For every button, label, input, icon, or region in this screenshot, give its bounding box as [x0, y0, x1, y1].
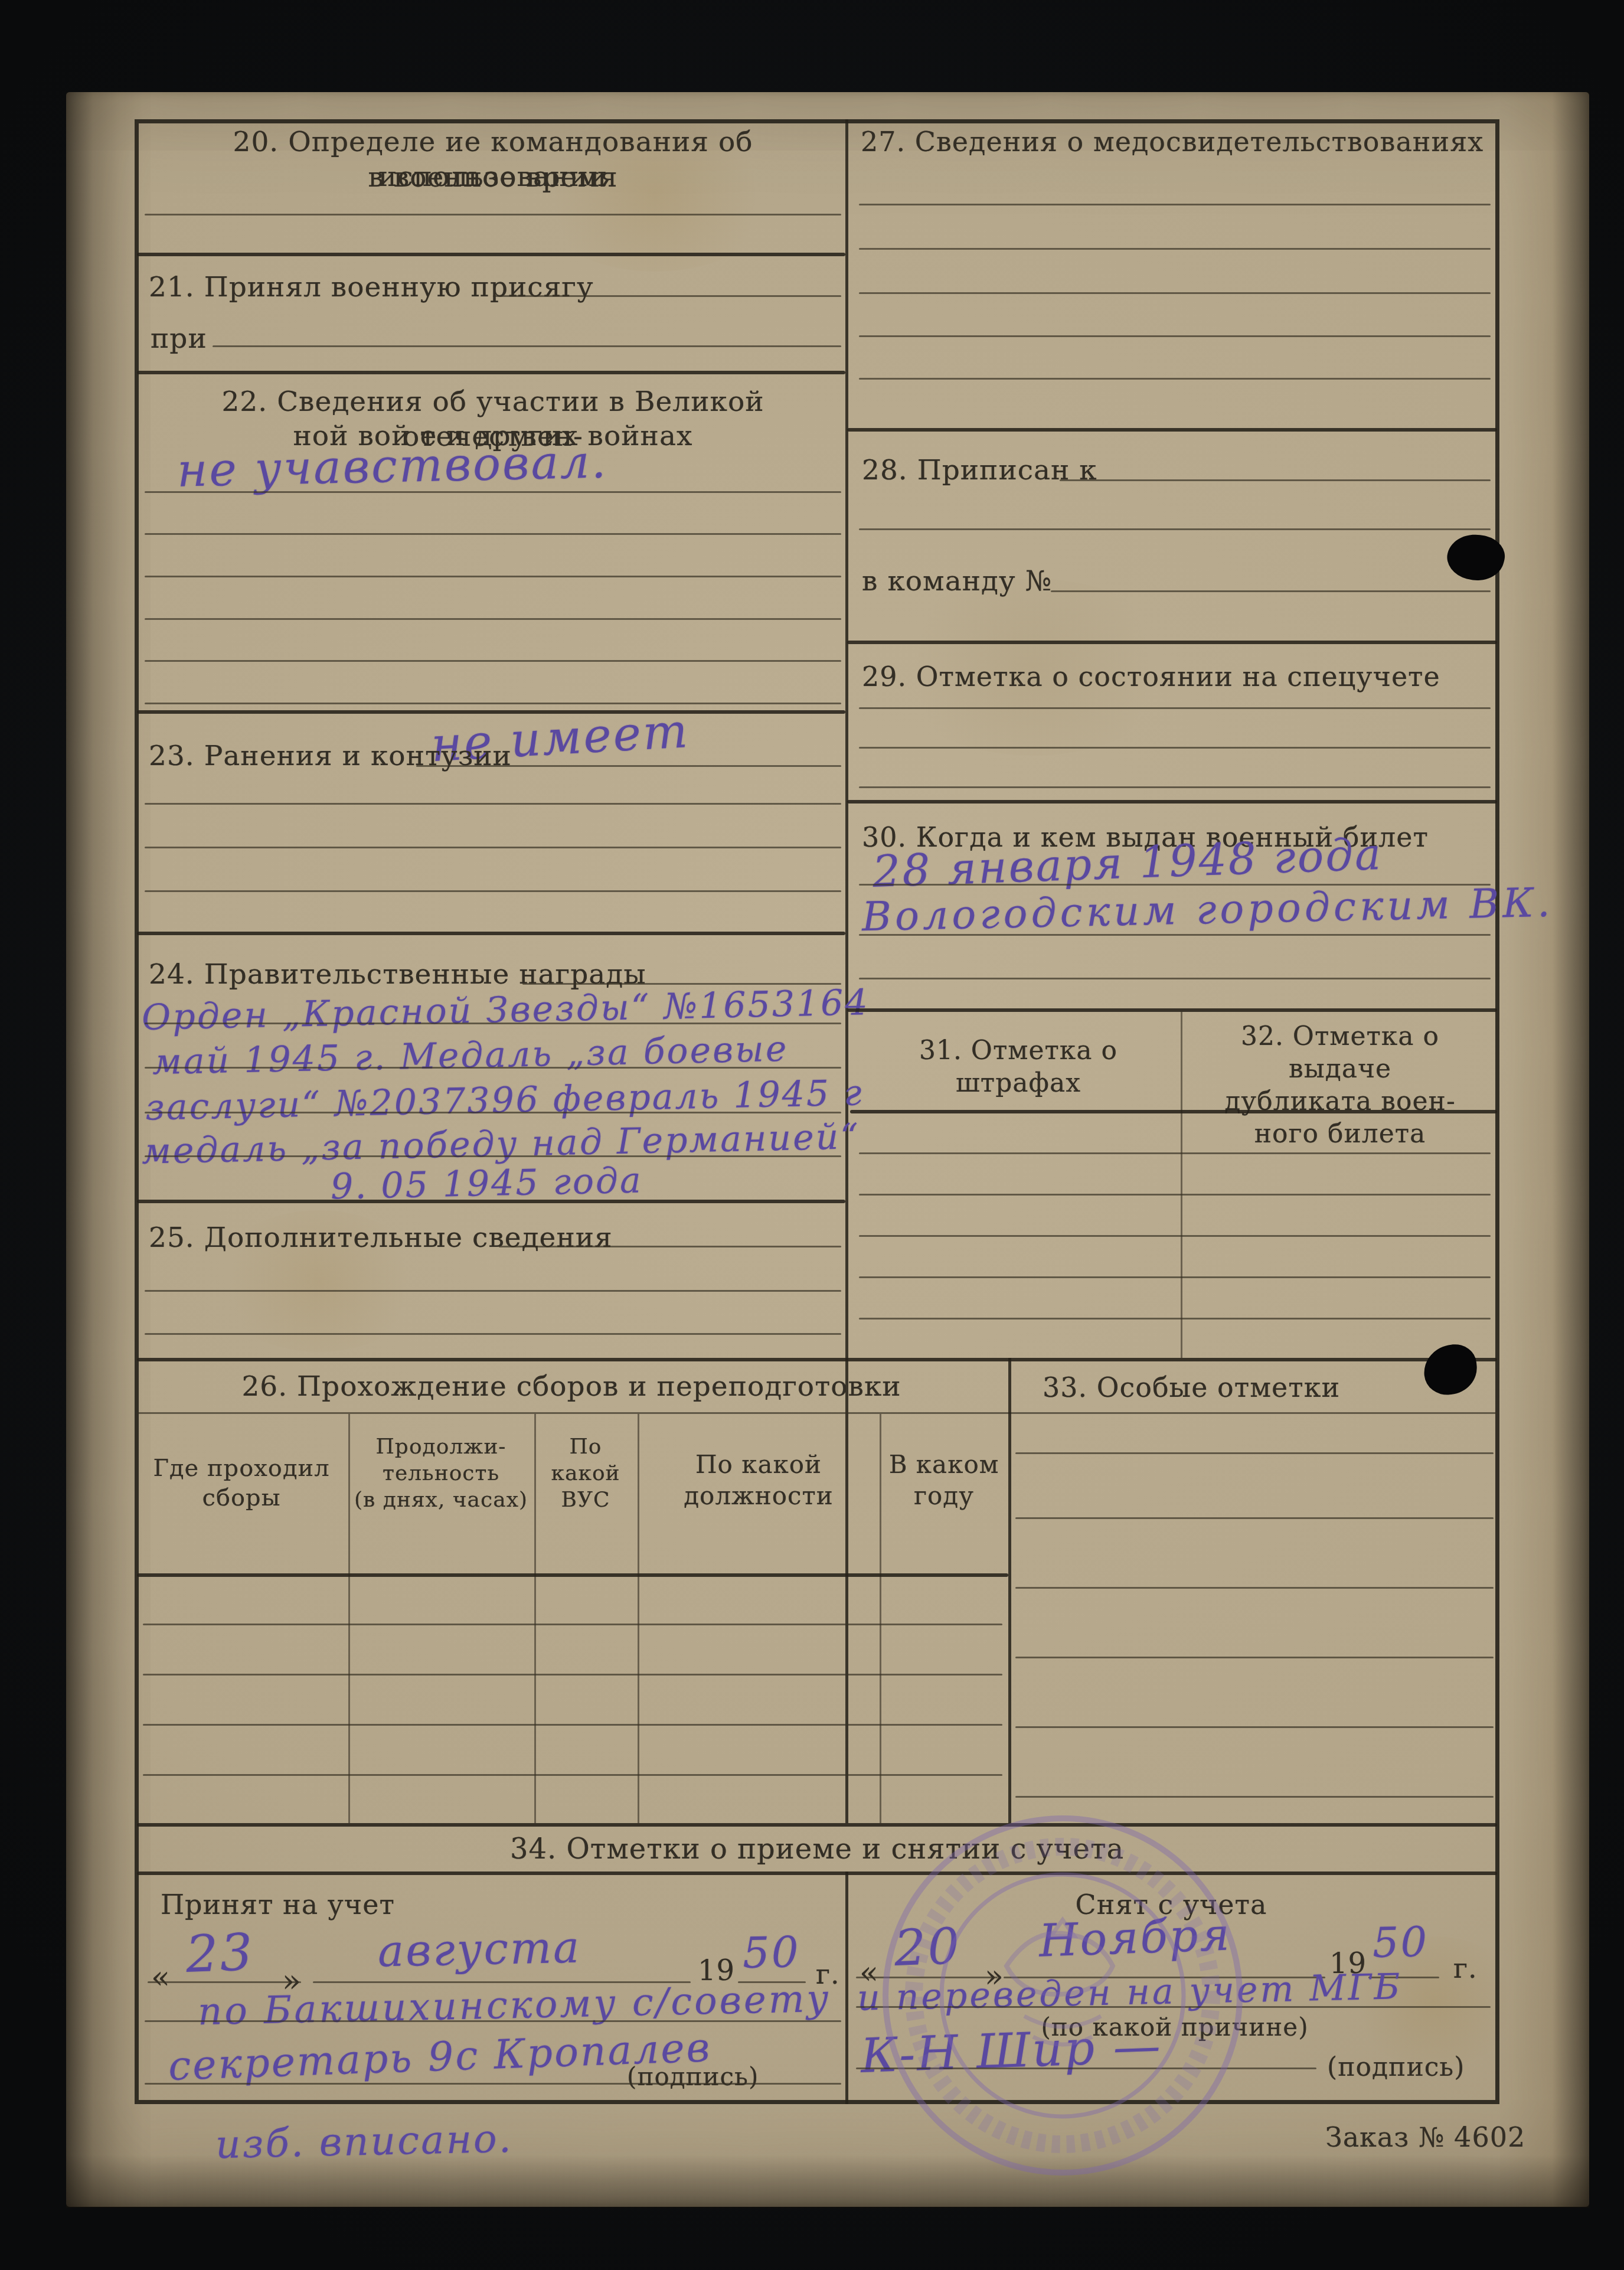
section34-accepted-sign-caption: (подпись)	[627, 2062, 759, 2093]
section-divider	[847, 428, 1497, 432]
ruled-line	[1060, 479, 1491, 481]
table-header-col5: В каком году	[882, 1449, 1006, 1511]
ruled-line	[859, 978, 1491, 979]
print-order-number: Заказ № 4602	[1325, 2121, 1525, 2155]
ruled-line	[145, 890, 841, 892]
ruled-line	[859, 1276, 1491, 1278]
ruled-line	[1015, 1726, 1494, 1728]
footer-note-handwritten: изб. вписано.	[215, 2118, 513, 2167]
section34-removed-month-handwritten: Ноября	[1038, 1909, 1232, 1965]
ruled-line	[145, 576, 841, 577]
ruled-line	[859, 335, 1491, 337]
section34-accepted-label: Принят на учет	[161, 1888, 395, 1922]
section-divider	[137, 253, 845, 256]
ruled-line	[213, 345, 841, 347]
table-header-col2: Продолжи- тельность (в днях, часах)	[352, 1433, 530, 1513]
section24-label: 24. Правительственные награды	[149, 958, 646, 992]
ruled-line	[493, 295, 841, 297]
ruled-line	[145, 1290, 841, 1292]
section27-title: 27. Сведения о медосвидетельствованиях	[861, 125, 1484, 159]
ruled-line	[1015, 1796, 1494, 1798]
section33-title: 33. Особые отметки	[1008, 1371, 1374, 1405]
section28-label2: в команду №	[862, 564, 1052, 599]
section-divider	[137, 710, 845, 714]
table-right-border	[1008, 1358, 1011, 1823]
section25-label: 25. Дополнительные сведения	[149, 1221, 613, 1256]
ruled-line	[145, 1023, 841, 1024]
ruled-line	[1051, 590, 1491, 592]
scanned-photo: 20. Определе ие командования об использо…	[0, 0, 1624, 2270]
section22-entry-handwritten: не учавствовал.	[177, 437, 608, 497]
ruled-line	[499, 1246, 841, 1247]
paper-edge-right	[1507, 92, 1589, 2207]
section34-removed-year-suffix: г.	[1453, 1952, 1478, 1986]
quote-open: «	[151, 1959, 171, 1997]
ruled-line-heavy	[850, 1110, 1497, 1113]
ruled-line	[1015, 1452, 1494, 1454]
section-divider	[137, 1823, 1497, 1827]
section29-title: 29. Отметка о состоянии на спецучете	[862, 660, 1440, 694]
table-header-col3: По какой ВУС	[536, 1433, 635, 1513]
ruled-line	[859, 1152, 1491, 1154]
table-header-bottom	[137, 1573, 1008, 1577]
ruled-line	[859, 747, 1491, 749]
ruled-line	[145, 533, 841, 535]
section21-label: 21. Принял военную присягу	[149, 270, 594, 305]
section-divider	[137, 1200, 845, 1203]
section34-title: 34. Отметки о приеме и снятии с учета	[135, 1831, 1499, 1867]
paper-gutter-left	[66, 92, 143, 2207]
section34-removed-sign-caption: (подпись)	[1327, 2051, 1465, 2083]
ruled-line	[145, 803, 841, 805]
ruled-line	[859, 707, 1491, 709]
ruled-line	[137, 1412, 1497, 1414]
ruled-line	[145, 1112, 841, 1113]
ruled-line	[859, 934, 1491, 936]
ruled-line	[859, 1194, 1491, 1196]
section34-removed-sign-handwritten: К-Н Шир —	[860, 2020, 1163, 2082]
ruled-line	[145, 847, 841, 848]
ruled-line	[145, 618, 841, 620]
ruled-line	[145, 703, 841, 704]
section-divider	[847, 641, 1497, 644]
ruled-line	[145, 1333, 841, 1335]
section32-title: 32. Отметка о выдаче дубликата воен- ног…	[1185, 1020, 1495, 1150]
ruled-line	[859, 528, 1491, 530]
table-column-divider	[348, 1414, 350, 1823]
ruled-line	[143, 1624, 1002, 1625]
section23-label: 23. Ранения и контузии	[149, 739, 512, 774]
ruled-line	[145, 2083, 841, 2085]
ruled-line	[856, 2006, 1491, 2008]
section34-removed-year-handwritten: 50	[1372, 1919, 1429, 1966]
table-header-col1: Где проходил сборы	[140, 1454, 342, 1513]
ruled-line	[416, 765, 841, 767]
section31-32-divider	[1181, 1011, 1182, 1358]
section34-accepted-year-handwritten: 50	[742, 1929, 800, 1977]
ruled-line	[148, 1981, 301, 1983]
section28-label: 28. Приписан к	[862, 453, 1097, 488]
section20-title-line2: в военное время	[145, 161, 841, 195]
section31-title: 31. Отметка о штрафах	[859, 1034, 1178, 1099]
ruled-line	[143, 1724, 1002, 1726]
table-column-divider	[638, 1414, 639, 1823]
section-divider	[847, 800, 1497, 804]
ruled-line	[859, 786, 1491, 788]
ruled-line	[1015, 1517, 1494, 1519]
section-divider	[137, 1871, 1497, 1875]
ruled-line	[145, 660, 841, 662]
ruled-line	[1015, 1587, 1494, 1589]
ruled-line	[859, 1318, 1491, 1319]
ruled-line	[143, 1674, 1002, 1675]
ruled-line	[145, 491, 841, 493]
section34-removed-day-handwritten: 20	[893, 1919, 962, 1975]
ruled-line	[145, 214, 841, 215]
section-divider	[847, 1008, 1497, 1012]
section26-title: 26. Прохождение сборов и переподготовки	[135, 1370, 1008, 1405]
ruled-line	[859, 378, 1491, 380]
ruled-line	[859, 1235, 1491, 1237]
table-header-col4: По какой должности	[641, 1449, 876, 1511]
ruled-line	[145, 1155, 841, 1157]
ruled-line	[1015, 1657, 1494, 1658]
ruled-line	[143, 1774, 1002, 1776]
ruled-line	[859, 204, 1491, 205]
section34-accepted-month-handwritten: августа	[377, 1923, 581, 1976]
ruled-line	[145, 2020, 841, 2022]
section-divider	[137, 932, 845, 935]
section34-accepted-day-handwritten: 23	[185, 1925, 255, 1983]
section-divider	[137, 371, 845, 374]
column-divider	[845, 119, 848, 1823]
ruled-line	[859, 248, 1491, 250]
section-divider	[137, 1358, 1497, 1361]
ruled-line	[145, 1067, 841, 1069]
table-column-divider	[880, 1414, 881, 1823]
section21-label2: при	[151, 322, 207, 357]
ruled-line	[859, 292, 1491, 294]
ruled-line	[856, 2068, 1316, 2069]
